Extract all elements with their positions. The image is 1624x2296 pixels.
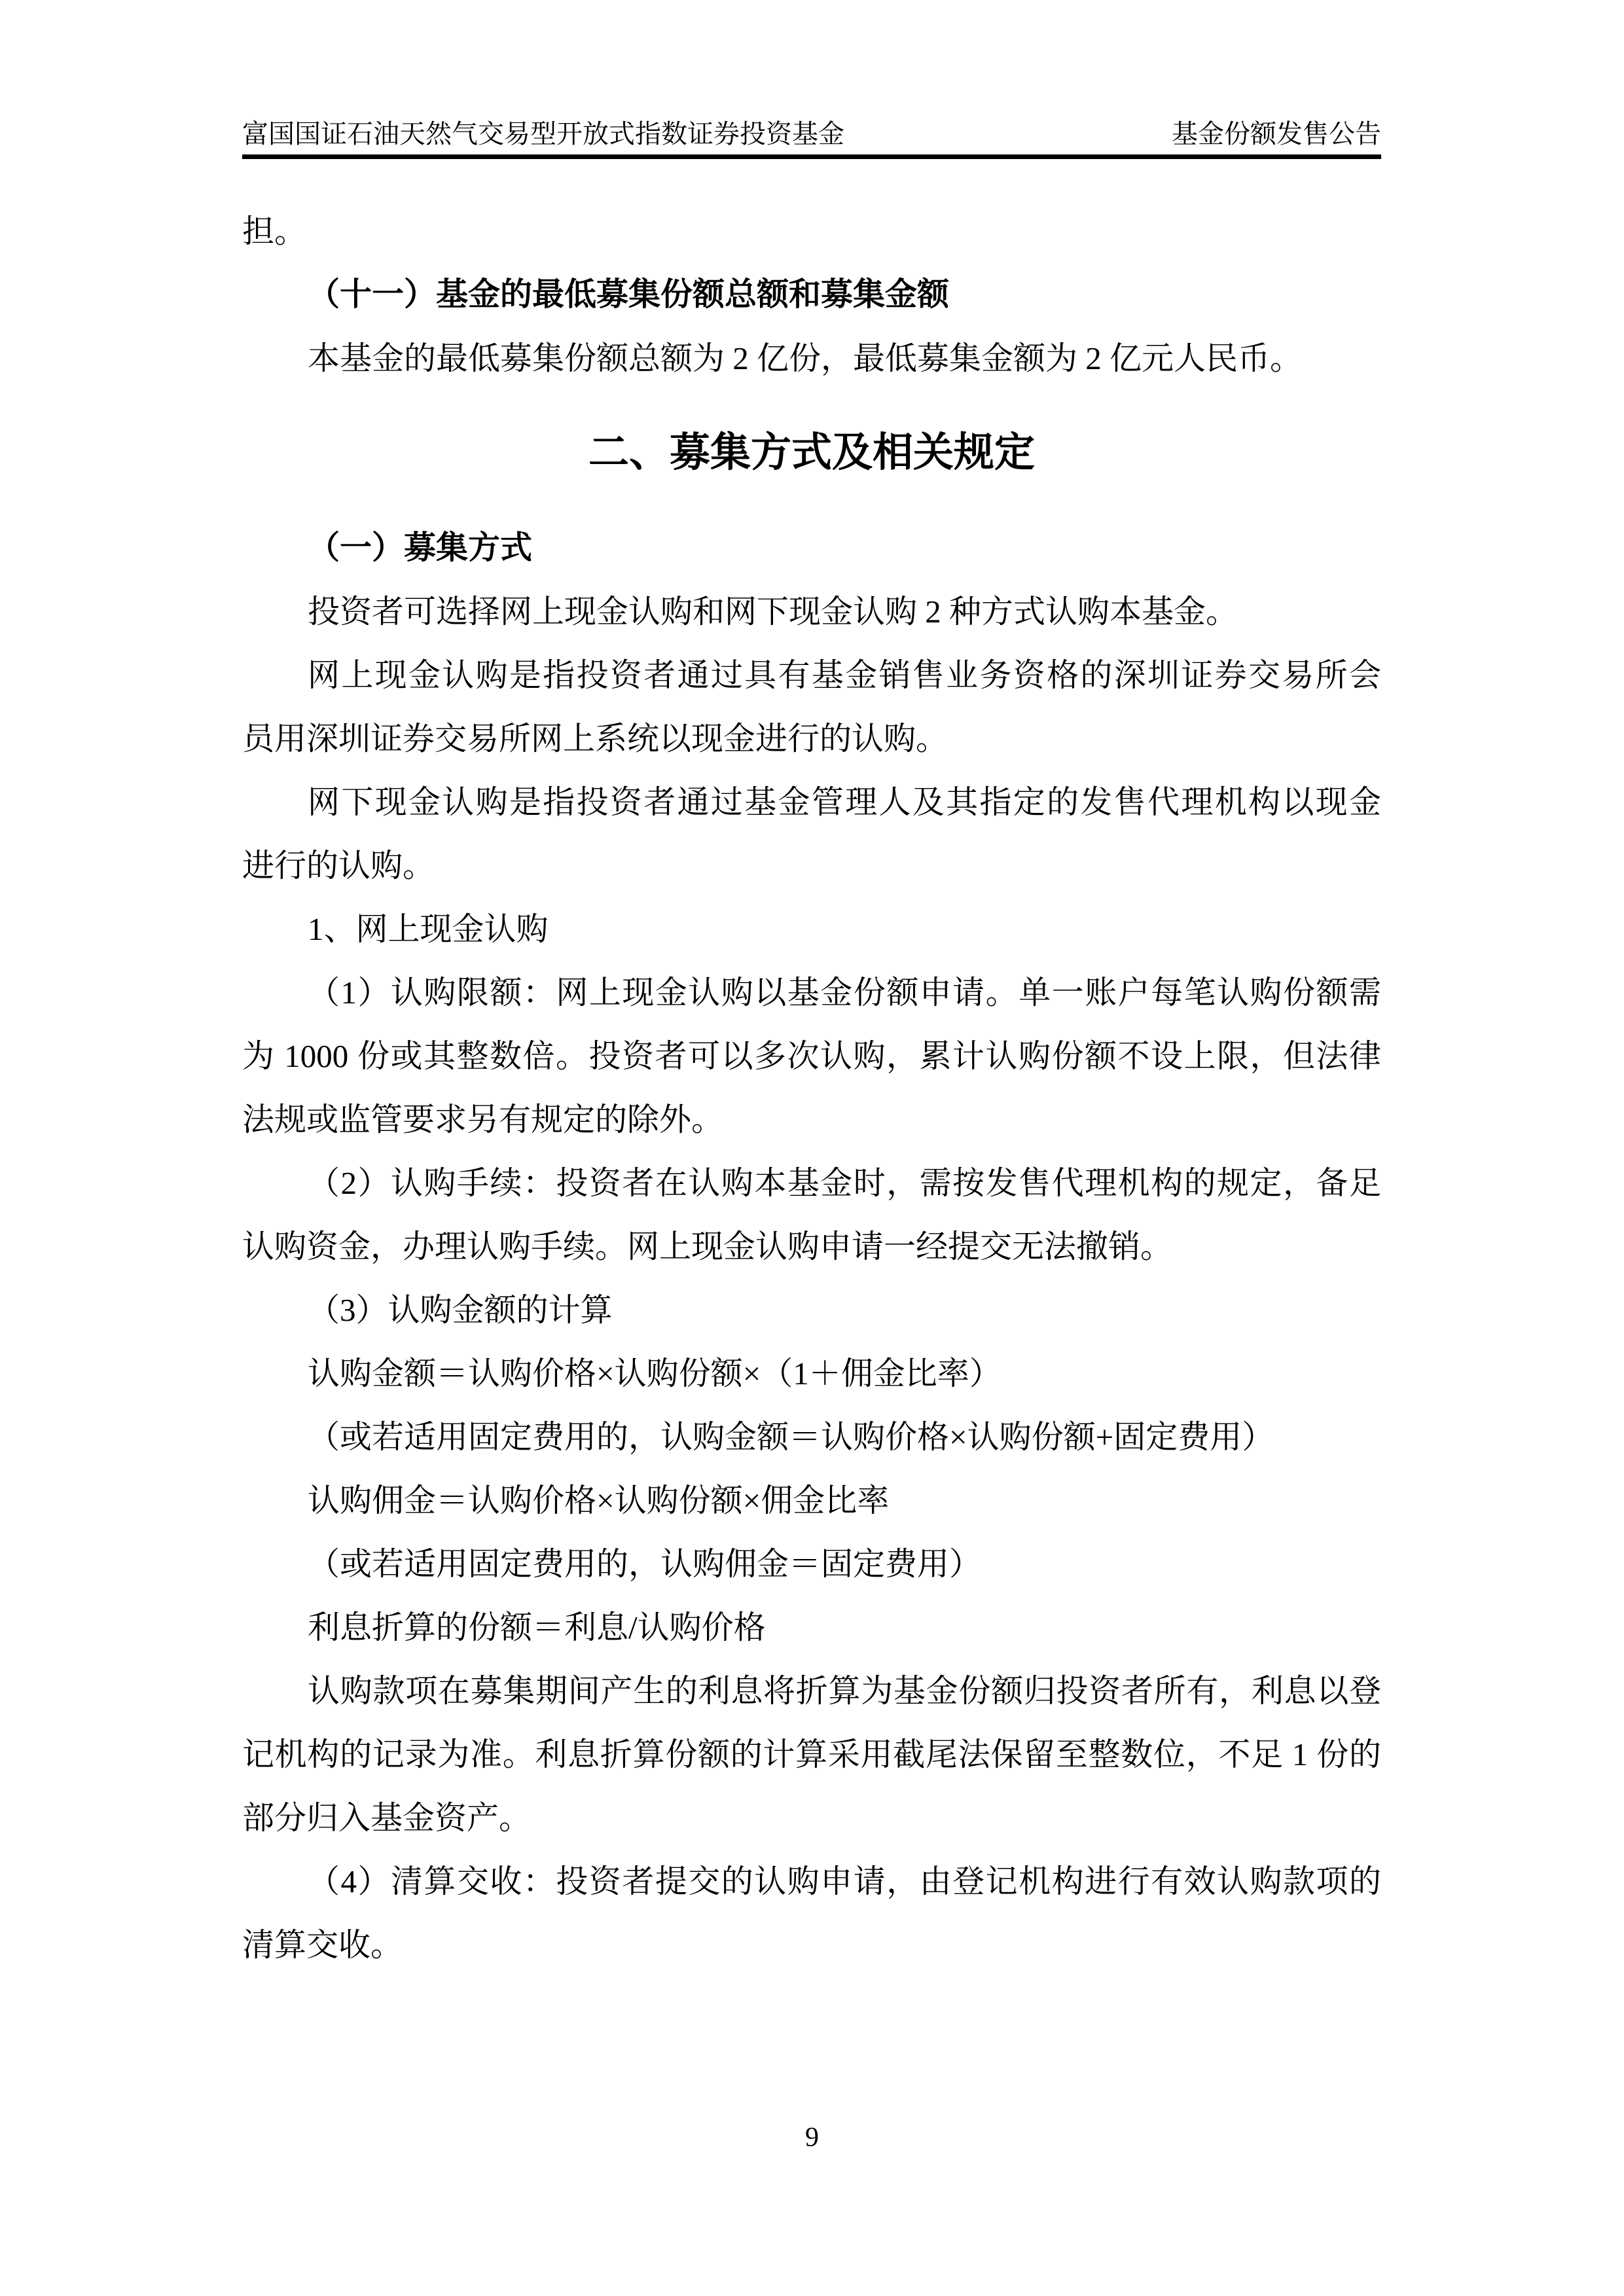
- text-line: 投资者可选择网上现金认购和网下现金认购 2 种方式认购本基金。: [242, 580, 1381, 643]
- text-line: 进行的认购。: [242, 834, 1381, 897]
- text-line: （一）募集方式: [242, 516, 1381, 580]
- paragraph: 利息折算的份额＝利息/认购价格: [242, 1596, 1381, 1659]
- chapter-heading: 二、募集方式及相关规定: [242, 420, 1381, 486]
- text-line: （十一）基金的最低募集份额总额和募集金额: [242, 263, 1381, 327]
- paragraph: 网下现金认购是指投资者通过基金管理人及其指定的发售代理机构以现金进行的认购。: [242, 770, 1381, 897]
- paragraph: （4）清算交收：投资者提交的认购申请，由登记机构进行有效认购款项的清算交收。: [242, 1850, 1381, 1977]
- text-line: 1、网上现金认购: [242, 897, 1381, 961]
- text-line: 认购金额＝认购价格×认购份额×（1＋佣金比率）: [242, 1342, 1381, 1405]
- page-number: 9: [805, 2123, 819, 2153]
- paragraph: 1、网上现金认购: [242, 897, 1381, 961]
- paragraph: （或若适用固定费用的，认购佣金＝固定费用）: [242, 1532, 1381, 1596]
- paragraph: 网上现金认购是指投资者通过具有基金销售业务资格的深圳证券交易所会员用深圳证券交易…: [242, 643, 1381, 770]
- text-line: 记机构的记录为准。利息折算份额的计算采用截尾法保留至整数位，不足 1 份的: [242, 1723, 1381, 1786]
- text-line: （4）清算交收：投资者提交的认购申请，由登记机构进行有效认购款项的: [242, 1850, 1381, 1913]
- text-line: 员用深圳证券交易所网上系统以现金进行的认购。: [242, 707, 1381, 770]
- text-line: 担。: [242, 200, 1381, 263]
- text-line: 网上现金认购是指投资者通过具有基金销售业务资格的深圳证券交易所会: [242, 643, 1381, 707]
- text-line: （1）认购限额：网上现金认购以基金份额申请。单一账户每笔认购份额需: [242, 961, 1381, 1024]
- paragraph: （1）认购限额：网上现金认购以基金份额申请。单一账户每笔认购份额需为 1000 …: [242, 961, 1381, 1151]
- text-line: 清算交收。: [242, 1913, 1381, 1977]
- paragraph: 认购款项在募集期间产生的利息将折算为基金份额归投资者所有，利息以登记机构的记录为…: [242, 1659, 1381, 1850]
- document-body: 担。（十一）基金的最低募集份额总额和募集金额本基金的最低募集份额总额为 2 亿份…: [242, 200, 1381, 1977]
- paragraph: 认购金额＝认购价格×认购份额×（1＋佣金比率）: [242, 1342, 1381, 1405]
- paragraph: （3）认购金额的计算: [242, 1278, 1381, 1342]
- section-heading: （一）募集方式: [242, 516, 1381, 580]
- paragraph: （或若适用固定费用的，认购金额＝认购价格×认购份额+固定费用）: [242, 1405, 1381, 1469]
- paragraph: 担。: [242, 200, 1381, 263]
- text-line: 法规或监管要求另有规定的除外。: [242, 1088, 1381, 1151]
- text-line: 本基金的最低募集份额总额为 2 亿份，最低募集金额为 2 亿元人民币。: [242, 327, 1381, 390]
- document-page: 富国国证石油天然气交易型开放式指数证券投资基金 基金份额发售公告 担。（十一）基…: [0, 0, 1624, 2296]
- text-line: （3）认购金额的计算: [242, 1278, 1381, 1342]
- text-line: 二、募集方式及相关规定: [242, 420, 1381, 486]
- text-line: 部分归入基金资产。: [242, 1786, 1381, 1850]
- text-line: （2）认购手续：投资者在认购本基金时，需按发售代理机构的规定，备足: [242, 1151, 1381, 1215]
- paragraph: 投资者可选择网上现金认购和网下现金认购 2 种方式认购本基金。: [242, 580, 1381, 643]
- text-line: 网下现金认购是指投资者通过基金管理人及其指定的发售代理机构以现金: [242, 770, 1381, 834]
- text-line: 认购佣金＝认购价格×认购份额×佣金比率: [242, 1469, 1381, 1532]
- header-right-title: 基金份额发售公告: [1172, 120, 1381, 149]
- text-line: 认购款项在募集期间产生的利息将折算为基金份额归投资者所有，利息以登: [242, 1659, 1381, 1723]
- page-footer: 9: [0, 2123, 1624, 2153]
- section-heading: （十一）基金的最低募集份额总额和募集金额: [242, 263, 1381, 327]
- header-rule: [242, 154, 1381, 159]
- page-header: 富国国证石油天然气交易型开放式指数证券投资基金 基金份额发售公告: [0, 0, 1624, 149]
- text-line: （或若适用固定费用的，认购金额＝认购价格×认购份额+固定费用）: [242, 1405, 1381, 1469]
- text-line: 为 1000 份或其整数倍。投资者可以多次认购，累计认购份额不设上限，但法律: [242, 1024, 1381, 1088]
- text-line: （或若适用固定费用的，认购佣金＝固定费用）: [242, 1532, 1381, 1596]
- text-line: 认购资金，办理认购手续。网上现金认购申请一经提交无法撤销。: [242, 1215, 1381, 1278]
- header-left-title: 富国国证石油天然气交易型开放式指数证券投资基金: [242, 120, 844, 149]
- paragraph: （2）认购手续：投资者在认购本基金时，需按发售代理机构的规定，备足认购资金，办理…: [242, 1151, 1381, 1278]
- paragraph: 本基金的最低募集份额总额为 2 亿份，最低募集金额为 2 亿元人民币。: [242, 327, 1381, 390]
- paragraph: 认购佣金＝认购价格×认购份额×佣金比率: [242, 1469, 1381, 1532]
- text-line: 利息折算的份额＝利息/认购价格: [242, 1596, 1381, 1659]
